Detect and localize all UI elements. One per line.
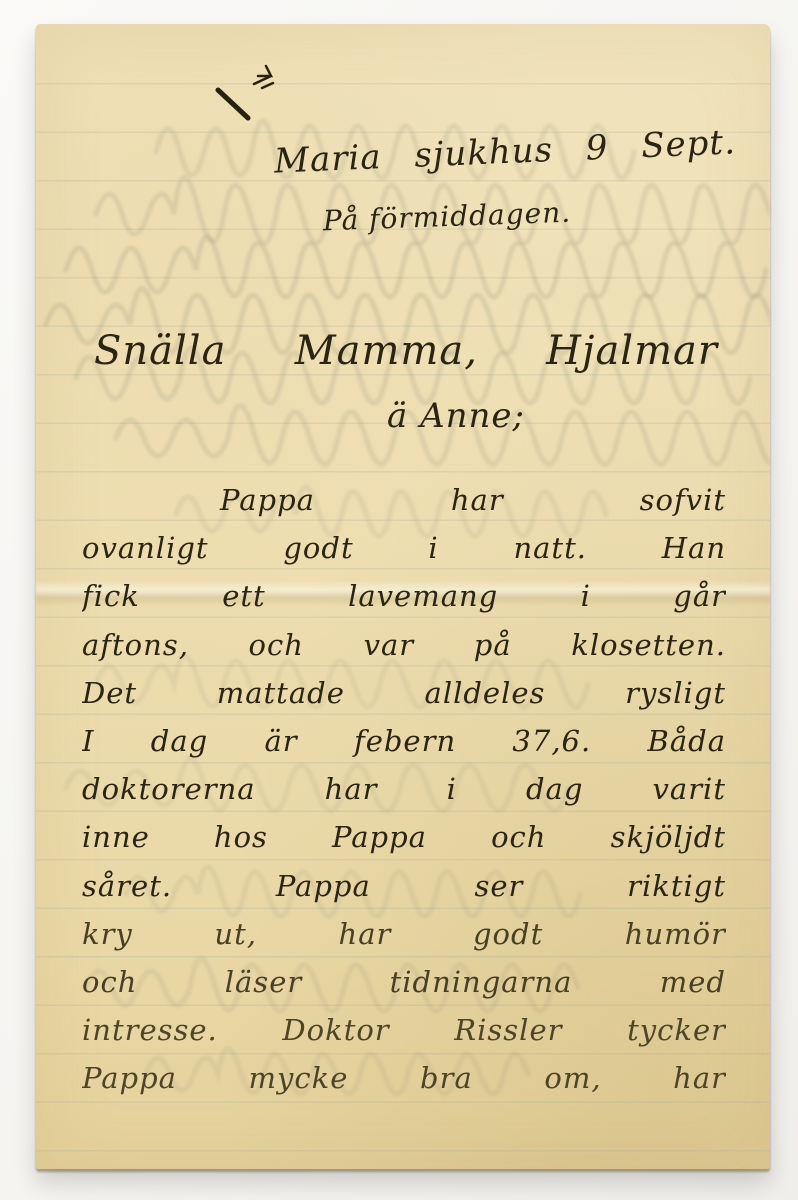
letter-line: kry ut, har godt humör — [82, 910, 726, 958]
letter-line: inne hos Pappa och skjöljdt — [82, 813, 726, 861]
letter-line: såret. Pappa ser riktigt — [82, 862, 726, 910]
letter-dateline: Maria sjukhus 9 Sept. — [273, 122, 736, 181]
letter-salutation-line1: Snälla Mamma, Hjalmar — [94, 328, 718, 374]
letter-line: ovanligt godt i natt. Han — [82, 524, 726, 572]
letter-salutation-line2: ä Anne; — [346, 396, 566, 436]
letter-body: Pappa har sofvit ovanligt godt i natt. H… — [82, 476, 726, 1102]
letter-time-note: På förmiddagen. — [322, 196, 573, 238]
letter-line: fick ett lavemang i går — [82, 572, 726, 620]
ink-mark — [174, 46, 284, 131]
letter-line: Det mattade alldeles rysligt — [82, 669, 726, 717]
letter-line: doktorerna har i dag varit — [82, 765, 726, 813]
letter-line: och läser tidningarna med — [82, 958, 726, 1006]
letter-paper: Maria sjukhus 9 Sept. På förmiddagen. Sn… — [36, 24, 770, 1169]
letter-line: intresse. Doktor Rissler tycker — [82, 1006, 726, 1054]
letter-line: Pappa har sofvit — [82, 476, 726, 524]
letter-line: aftons, och var på klosetten. — [82, 621, 726, 669]
letter-line: Pappa mycke bra om, har — [82, 1054, 726, 1102]
letter-line: I dag är febern 37,6. Båda — [82, 717, 726, 765]
scan-background: Maria sjukhus 9 Sept. På förmiddagen. Sn… — [0, 0, 798, 1200]
